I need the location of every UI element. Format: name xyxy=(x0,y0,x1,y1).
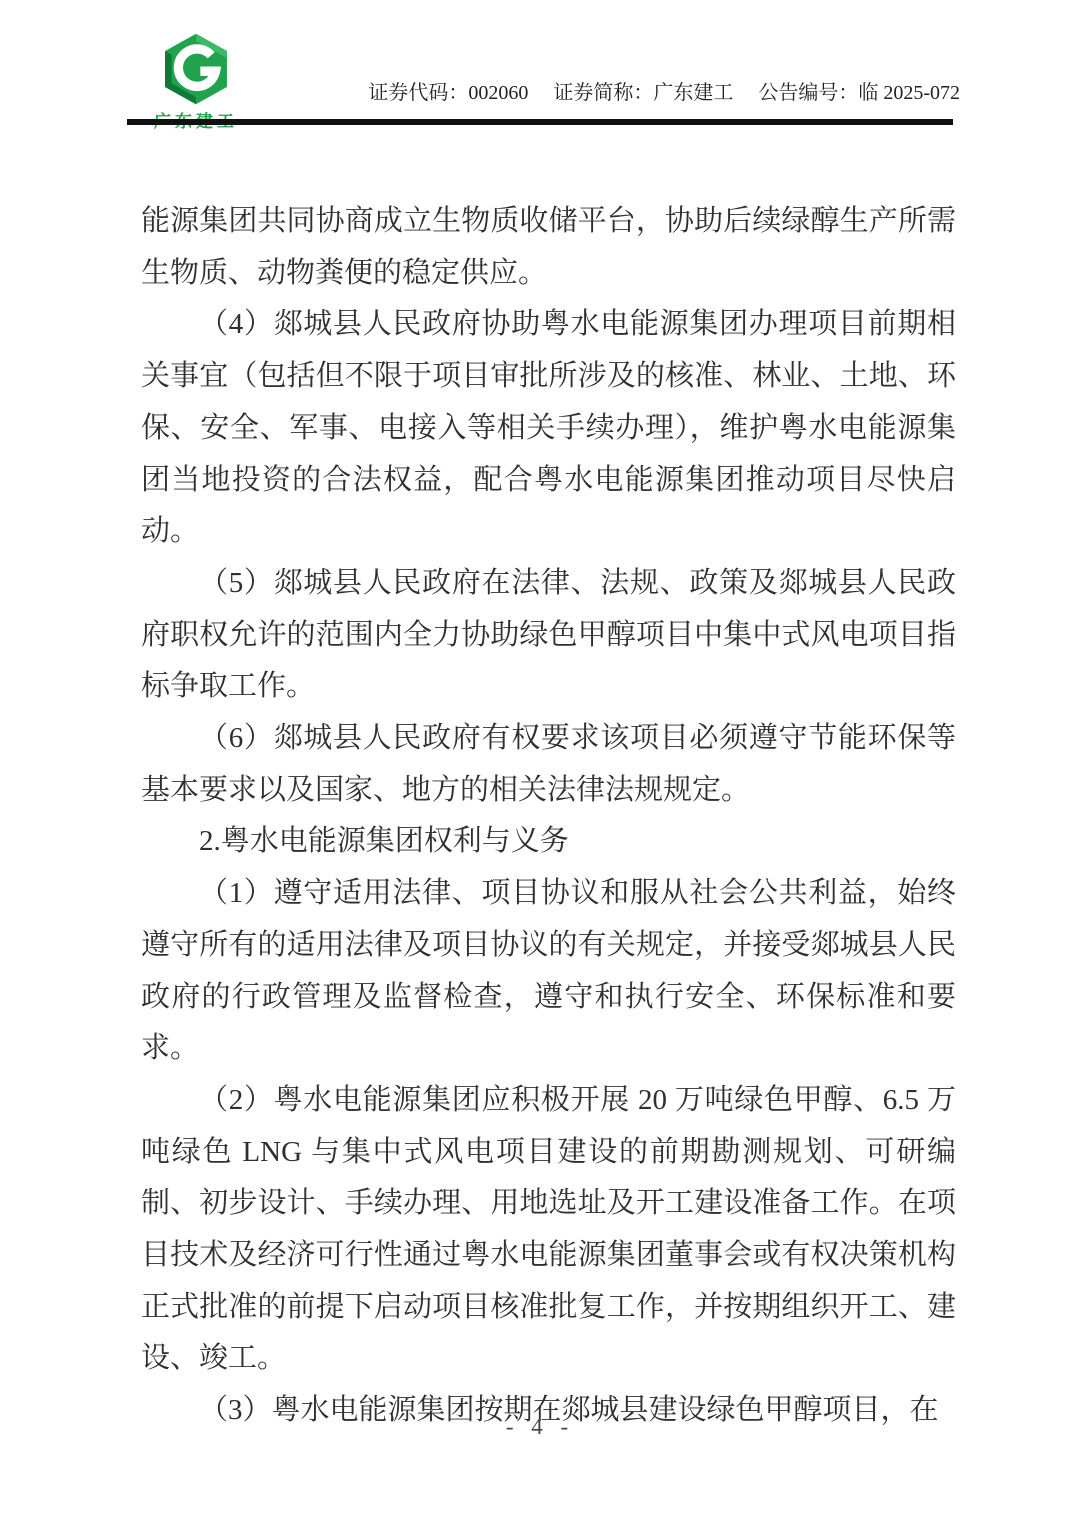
page-number: - 4 - xyxy=(506,1414,574,1439)
header-divider xyxy=(127,119,953,125)
page-footer: - 4 - xyxy=(0,1414,1080,1440)
paragraph: （4）郯城县人民政府协助粤水电能源集团办理项目前期相关事宜（包括但不限于项目审批… xyxy=(141,299,956,558)
paragraph: （2）粤水电能源集团应积极开展 20 万吨绿色甲醇、6.5 万吨绿色 LNG 与… xyxy=(141,1075,956,1385)
header-info: 证券代码：002060 证券简称：广东建工 公告编号：临 2025-072 xyxy=(368,76,960,105)
paragraph: （5）郯城县人民政府在法律、法规、政策及郯城县人民政府职权允许的范围内全力协助绿… xyxy=(141,558,956,713)
document-body: 能源集团共同协商成立生物质收储平台，协助后续绿醇生产所需生物质、动物粪便的稳定供… xyxy=(141,196,956,1437)
stock-code-label: 证券代码：002060 xyxy=(368,76,528,105)
company-logo: 广东建工 xyxy=(148,33,244,132)
paragraph: 能源集团共同协商成立生物质收储平台，协助后续绿醇生产所需生物质、动物粪便的稳定供… xyxy=(141,196,956,299)
paragraph: 2.粤水电能源集团权利与义务 xyxy=(141,816,956,868)
company-logo-icon xyxy=(159,33,233,105)
paragraph: （1）遵守适用法律、项目协议和服从社会公共利益，始终遵守所有的适用法律及项目协议… xyxy=(141,868,956,1075)
paragraph: （6）郯城县人民政府有权要求该项目必须遵守节能环保等基本要求以及国家、地方的相关… xyxy=(141,713,956,816)
announcement-number-label: 公告编号：临 2025-072 xyxy=(758,76,960,105)
stock-name-label: 证券简称：广东建工 xyxy=(553,76,733,105)
document-page: 广东建工 证券代码：002060 证券简称：广东建工 公告编号：临 2025-0… xyxy=(0,0,1080,1527)
